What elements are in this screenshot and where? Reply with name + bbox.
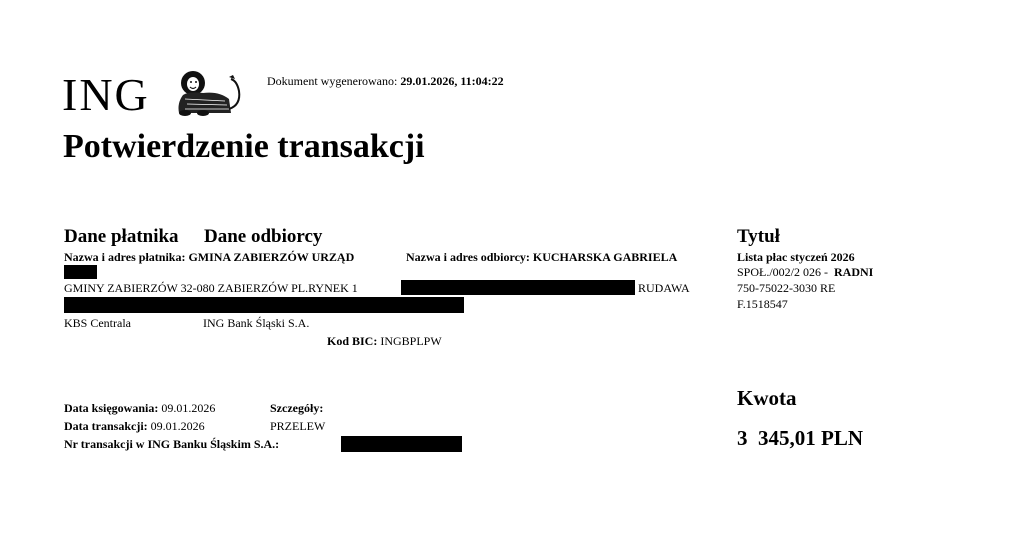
title-heading: Tytuł (737, 226, 780, 248)
generated-label: Dokument wygenerowano: (267, 74, 397, 88)
bic-label: Kod BIC: (327, 334, 377, 348)
booking-date-label: Data księgowania: (64, 401, 158, 415)
title-line-4: F.1518547 (737, 297, 788, 311)
recipient-name-value: KUCHARSKA GABRIELA (533, 250, 677, 264)
redacted-block (401, 280, 635, 295)
lion-logo-icon (175, 69, 247, 117)
details-label-text: Szczegóły: (270, 401, 323, 415)
payer-bank: KBS Centrala (64, 316, 131, 330)
recipient-bic: Kod BIC: INGBPLPW (327, 334, 442, 348)
title-line-1-text: Lista płac styczeń 2026 (737, 250, 855, 264)
bic-value: INGBPLPW (380, 334, 441, 348)
payer-heading: Dane płatnika (64, 226, 179, 248)
recipient-bank: ING Bank Śląski S.A. (203, 316, 309, 330)
redacted-block (341, 436, 462, 452)
redacted-block (64, 297, 464, 313)
booking-date: Data księgowania: 09.01.2026 (64, 401, 215, 415)
details-label: Szczegóły: (270, 401, 323, 415)
payer-name-value: GMINA ZABIERZÓW URZĄD (188, 250, 354, 264)
recipient-name: Nazwa i adres odbiorcy: KUCHARSKA GABRIE… (406, 250, 677, 264)
booking-date-value: 09.01.2026 (161, 401, 215, 415)
transaction-number-label: Nr transakcji w ING Banku Śląskim S.A.: (64, 437, 279, 451)
recipient-city: RUDAWA (638, 281, 690, 295)
title-line-1: Lista płac styczeń 2026 (737, 250, 855, 264)
page-title: Potwierdzenie transakcji (63, 126, 425, 168)
amount-heading: Kwota (737, 386, 797, 411)
title-line-2-bold: RADNI (834, 265, 873, 279)
amount-value: 3 345,01 PLN (737, 426, 863, 451)
redacted-block (64, 265, 97, 279)
payer-name-label: Nazwa i adres płatnika: (64, 250, 185, 264)
recipient-name-label: Nazwa i adres odbiorcy: (406, 250, 530, 264)
generated-value: 29.01.2026, 11:04:22 (400, 74, 503, 88)
payer-name: Nazwa i adres płatnika: GMINA ZABIERZÓW … (64, 250, 354, 264)
generated-timestamp: Dokument wygenerowano: 29.01.2026, 11:04… (267, 74, 504, 89)
title-line-2: SPOŁ./002/2 026 - RADNI (737, 265, 873, 279)
transaction-date: Data transakcji: 09.01.2026 (64, 419, 205, 433)
payer-address: GMINY ZABIERZÓW 32-080 ZABIERZÓW PL.RYNE… (64, 281, 358, 295)
details-value: PRZELEW (270, 419, 325, 433)
transaction-number: Nr transakcji w ING Banku Śląskim S.A.: (64, 437, 279, 451)
ing-logo-text: ING (62, 70, 150, 120)
title-line-2-text: SPOŁ./002/2 026 - (737, 265, 828, 279)
recipient-heading: Dane odbiorcy (204, 226, 322, 248)
transaction-date-label: Data transakcji: (64, 419, 148, 433)
title-line-3: 750-75022-3030 RE (737, 281, 835, 295)
transaction-date-value: 09.01.2026 (151, 419, 205, 433)
